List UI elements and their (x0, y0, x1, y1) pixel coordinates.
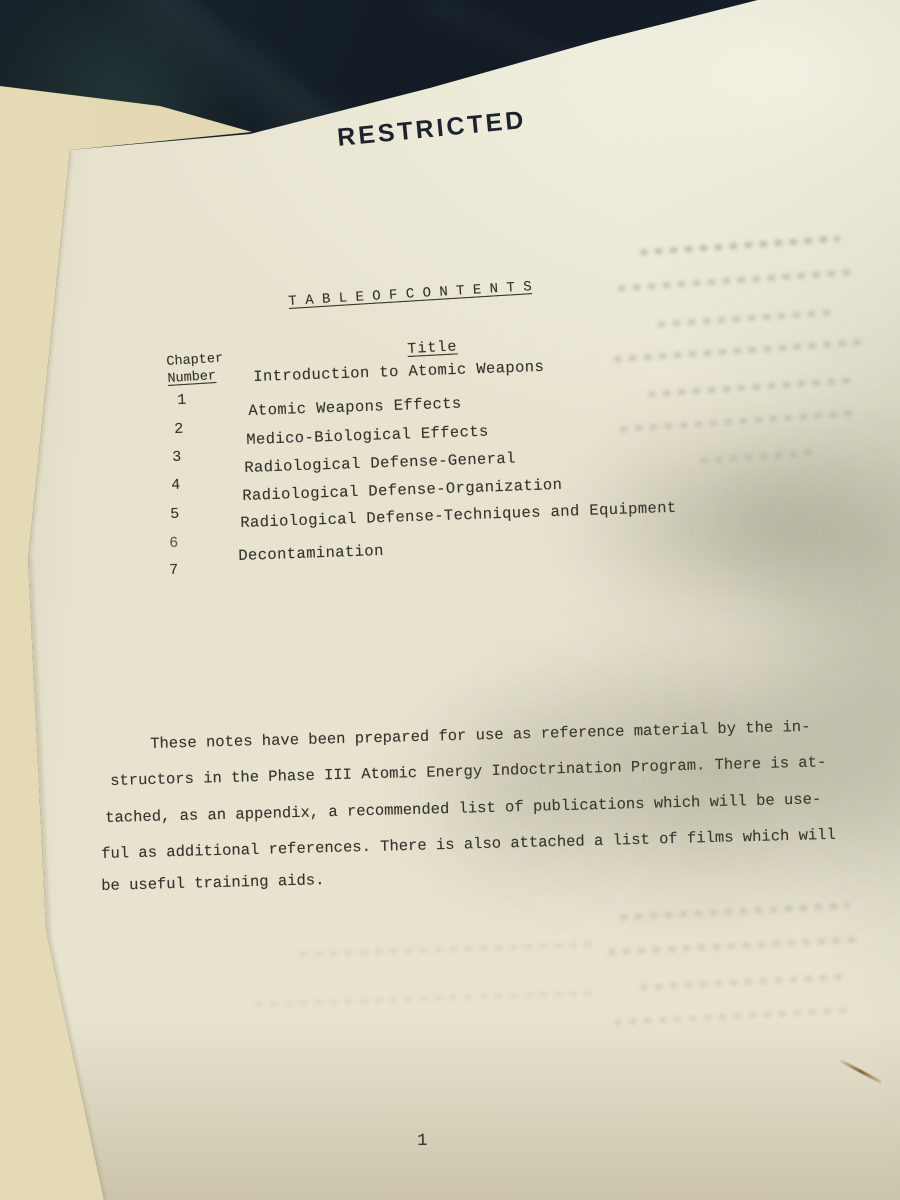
chapter-header-line2: Number (167, 368, 225, 388)
toc-column-header-title: Title (407, 338, 458, 358)
toc-row-title: Medico-Biological Effects (246, 423, 489, 449)
show-through-text (614, 340, 864, 362)
toc-row-title: Decontamination (238, 542, 384, 565)
toc-column-header-chapter: Chapter Number (166, 351, 225, 388)
toc-row-title: Radiological Defense-Techniques and Equi… (240, 499, 677, 532)
document-photo: RESTRICTED T A B L E O F C O N T E N T S… (0, 0, 900, 1200)
paragraph-line: ful as additional references. There is a… (101, 826, 836, 863)
show-through-text (614, 1007, 854, 1025)
show-through-text (648, 378, 853, 397)
show-through-text (620, 903, 850, 920)
toc-row-title: Atomic Weapons Effects (248, 395, 462, 420)
paragraph-line: tached, as an appendix, a recommended li… (105, 790, 821, 827)
toc-row-number: 5 (170, 506, 180, 523)
paragraph-line: These notes have been prepared for use a… (150, 718, 811, 753)
paragraph-line: structors in the Phase III Atomic Energy… (110, 753, 826, 790)
toc-row-title: Radiological Defense-Organization (242, 476, 563, 505)
toc-row-number: 1 (177, 392, 187, 409)
page-number: 1 (417, 1132, 428, 1151)
classification-stamp: RESTRICTED (336, 106, 528, 153)
show-through-text (620, 410, 860, 432)
show-through-text (608, 937, 858, 955)
paragraph-line: be useful training aids. (101, 871, 325, 895)
toc-row-number: 2 (174, 421, 184, 438)
toc-heading: T A B L E O F C O N T E N T S (288, 279, 532, 310)
show-through-text (640, 974, 850, 990)
toc-row-number: 3 (172, 449, 182, 466)
toc-row-number: 6 (169, 535, 179, 552)
show-through-text (255, 990, 595, 1007)
document-page: RESTRICTED T A B L E O F C O N T E N T S… (0, 0, 900, 1200)
toc-row-title: Radiological Defense-General (244, 450, 516, 477)
toc-row-title: Introduction to Atomic Weapons (253, 358, 544, 386)
paper-fiber-mark (840, 1059, 882, 1083)
paper-lighting (0, 0, 900, 1200)
show-through-text (618, 270, 853, 291)
show-through-text (300, 942, 600, 957)
show-through-text (700, 450, 820, 463)
show-through-text (640, 236, 840, 255)
show-through-text (658, 309, 838, 327)
toc-row-number: 7 (169, 562, 179, 579)
toc-row-number: 4 (171, 477, 181, 494)
